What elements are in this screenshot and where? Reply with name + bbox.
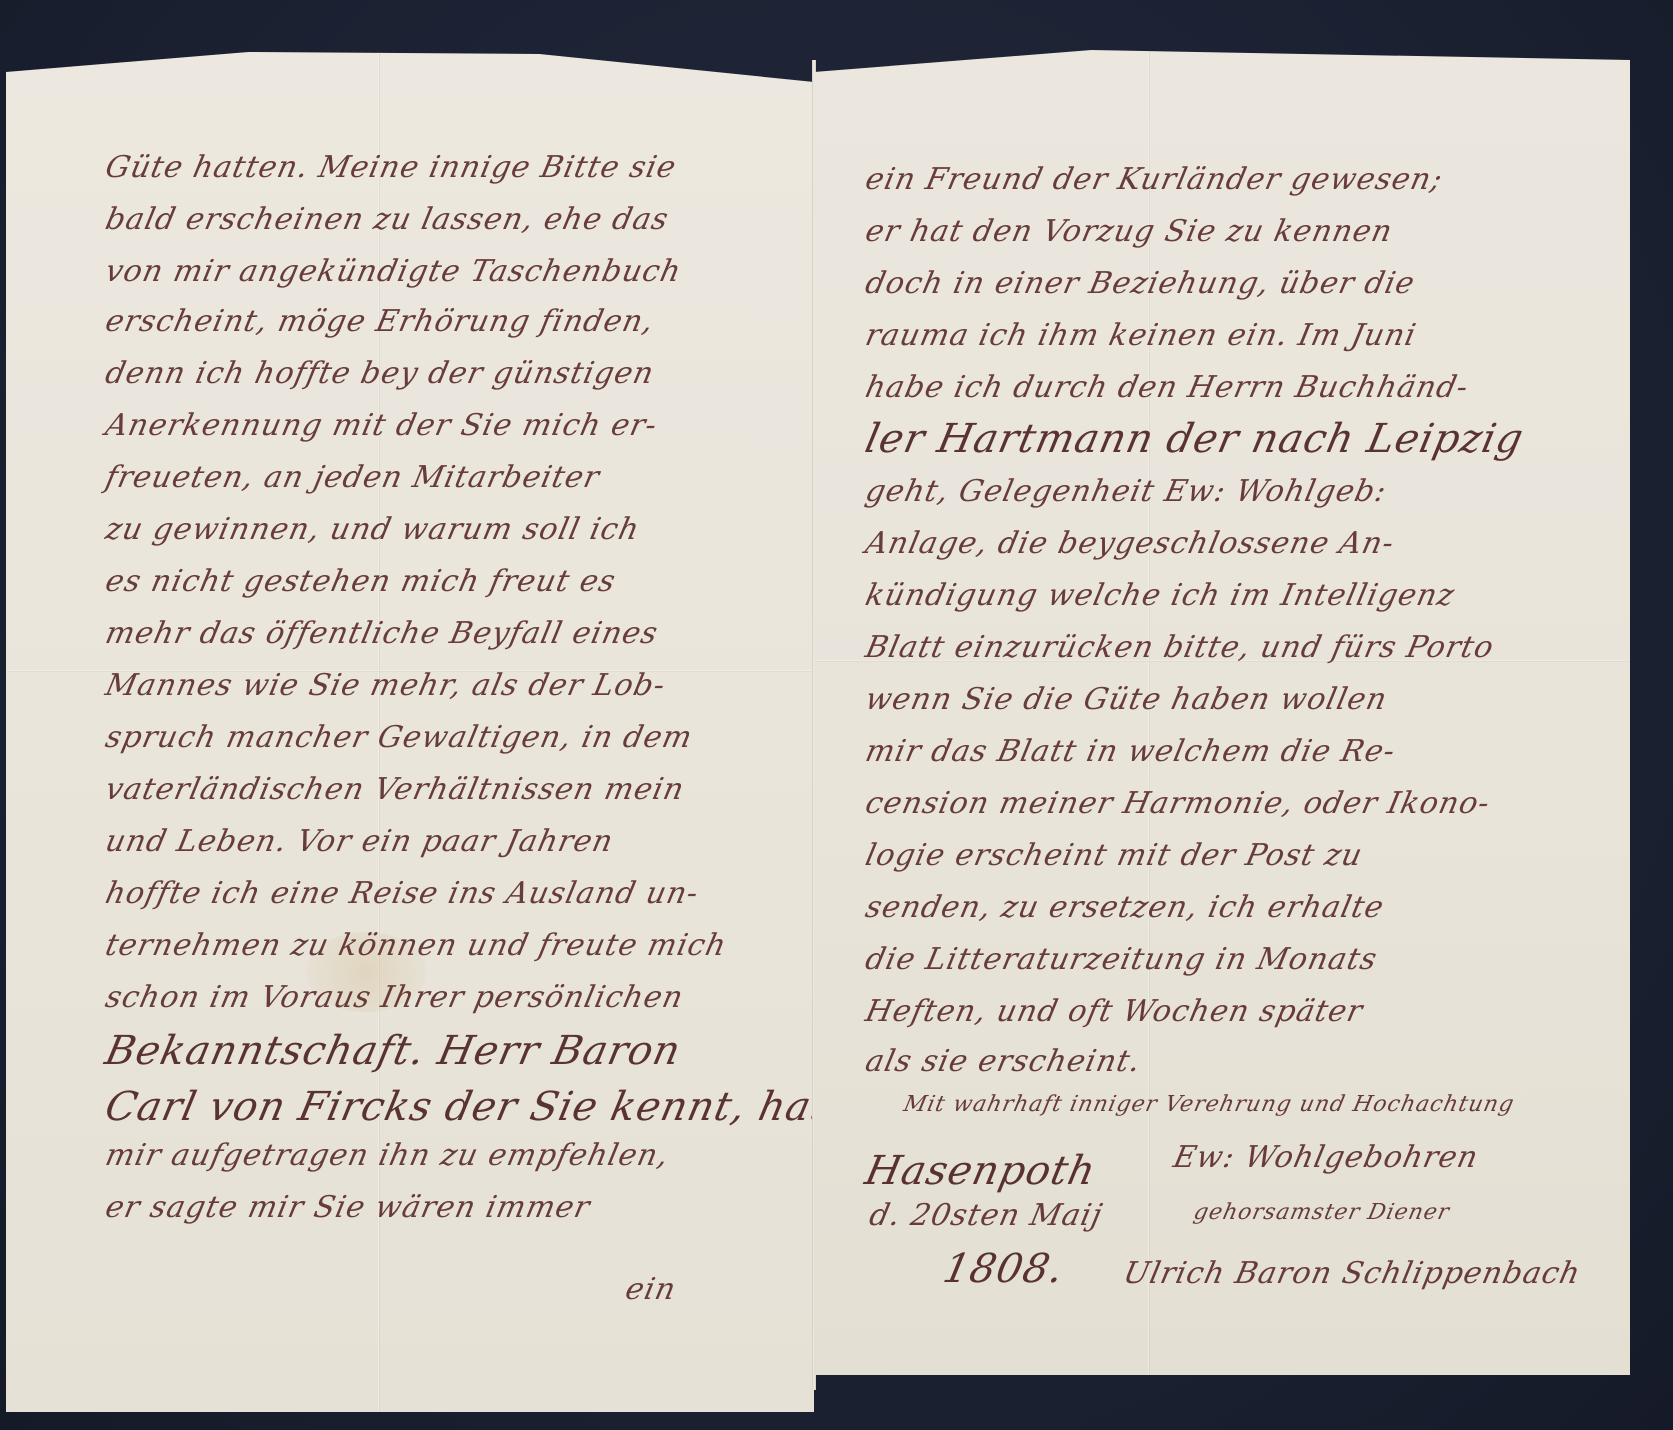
left-page: Güte hatten. Meine innige Bitte sie bald… [6, 52, 814, 1412]
text-line: rauma ich ihm keinen ein. Im Juni [862, 318, 1419, 353]
signoff-line: gehorsamster Diener [1191, 1200, 1452, 1225]
text-line: zu gewinnen, und warum soll ich [102, 512, 643, 547]
text-line: hoffte ich eine Reise ins Ausland un- [102, 876, 702, 911]
text-line: doch in einer Beziehung, über die [862, 266, 1418, 301]
text-line: freueten, an jeden Mitarbeiter [102, 460, 603, 495]
text-line: erscheint, möge Erhörung finden, [102, 304, 657, 339]
catchword: ein [622, 1272, 679, 1307]
text-line: Heften, und oft Wochen später [862, 994, 1366, 1029]
text-line: cension meiner Harmonie, oder Ikono- [862, 786, 1493, 821]
text-line: von mir angekündigte Taschenbuch [102, 254, 684, 289]
text-line: denn ich hoffte bey der günstigen [102, 356, 657, 391]
text-line: Bekanntschaft. Herr Baron [101, 1028, 685, 1074]
text-line: ein Freund der Kurländer gewesen; [862, 162, 1446, 197]
text-line: geht, Gelegenheit Ew: Wohlgeb: [862, 474, 1390, 509]
text-line: logie erscheint mit der Post zu [862, 838, 1366, 873]
text-line: wenn Sie die Güte haben wollen [862, 682, 1390, 717]
text-line: ler Hartmann der nach Leipzig [861, 416, 1528, 462]
right-page: ein Freund der Kurländer gewesen; er hat… [814, 50, 1630, 1375]
text-line: und Leben. Vor ein paar Jahren [102, 824, 616, 859]
text-line: Anerkennung mit der Sie mich er- [102, 408, 660, 443]
text-line: er hat den Vorzug Sie zu kennen [862, 214, 1396, 249]
text-line: Güte hatten. Meine innige Bitte sie [102, 150, 679, 185]
text-line: es nicht gestehen mich freut es [102, 564, 619, 599]
text-line: Blatt einzurücken bitte, und fürs Porto [862, 630, 1497, 665]
text-line: Mannes wie Sie mehr, als der Lob- [102, 668, 669, 703]
text-line: er sagte mir Sie wären immer [102, 1190, 593, 1225]
text-line: die Litteraturzeitung in Monats [862, 942, 1380, 977]
closing-line: Mit wahrhaft inniger Verehrung und Hocha… [901, 1092, 1516, 1117]
text-line: habe ich durch den Herrn Buchhänd- [862, 370, 1472, 405]
text-line: schon im Voraus Ihrer persönlichen [102, 980, 687, 1015]
text-line: bald erscheinen zu lassen, ehe das [102, 202, 672, 237]
text-line: spruch mancher Gewaltigen, in dem [102, 720, 696, 755]
year: 1808. [939, 1246, 1068, 1292]
signature: Ulrich Baron Schlippenbach [1120, 1256, 1584, 1291]
text-line: kündigung welche ich im Intelligenz [862, 578, 1458, 613]
text-line: mehr das öffentliche Beyfall eines [102, 616, 661, 651]
text-line: senden, zu ersetzen, ich erhalte [862, 890, 1387, 925]
text-line: Carl von Fircks der Sie kennt, hat [101, 1084, 814, 1130]
place-name: Hasenpoth [861, 1148, 1100, 1194]
text-line: vaterländischen Verhältnissen mein [102, 772, 687, 807]
text-line: mir aufgetragen ihn zu empfehlen, [102, 1138, 672, 1173]
date-line: d. 20sten Maij [866, 1198, 1105, 1233]
text-line: ternehmen zu können und freute mich [102, 928, 730, 963]
signoff-line: Ew: Wohlgebohren [1170, 1140, 1481, 1175]
text-line: als sie erscheint. [862, 1044, 1144, 1079]
text-line: Anlage, die beygeschlossene An- [862, 526, 1397, 561]
text-line: mir das Blatt in welchem die Re- [862, 734, 1398, 769]
